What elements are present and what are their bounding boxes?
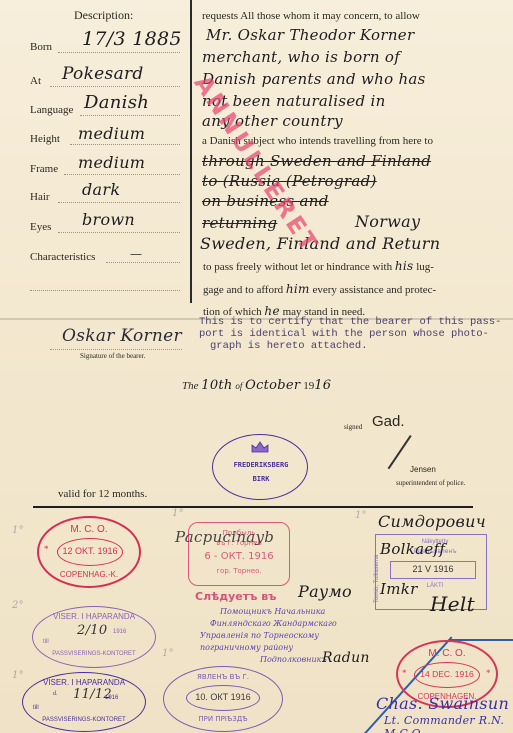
haparanda-2-d: d. [53,691,58,697]
mco-1-top: M. C. O. [39,524,139,535]
mco-stamp-1: M. C. O. 12 OKT. 1916 * COPENHAG.-K. [37,516,141,588]
field-born-value: 17/3 1885 [82,28,182,50]
mco-1-bottom: COPENHAG.-K. [39,570,139,579]
field-line [80,115,180,116]
field-line [50,86,180,87]
field-line [64,174,180,175]
field-frame-value: medium [78,153,145,172]
crown-icon [250,440,270,454]
pronoun-his: his [395,259,414,273]
russian-follows-destination: Раумо [298,582,352,601]
pass-text-4: every assistance and protec- [313,284,437,296]
frederiksberg-line-2: BIRK [213,475,309,483]
bearer-line-1: Mr. Oskar Theodor Korner [206,26,414,44]
request-text: requests All those whom it may concern, … [202,10,420,22]
officer-slash [388,435,412,469]
field-line [58,52,180,53]
margin-note: 1° [162,648,174,659]
russian-oval-bottom: ПРИ ПРІѢЗДѢ [164,715,282,723]
field-hair-label: Hair [30,191,50,203]
bearer-line-3: Danish parents and who has [202,70,426,88]
russian-oval-top: ЯВЛЕНЪ ВЪ Г. [164,673,282,681]
certify-line-1: This is to certify that the bearer of th… [199,316,501,328]
route-added-1: Norway [355,212,420,231]
column-divider [190,0,192,303]
field-characteristics-label: Characteristics [30,251,95,263]
field-eyes-label: Eyes [30,221,51,233]
haparanda-2-top: VISER. I HAPARANDA [23,678,145,687]
russian-follows-text: Слѣдуетъ въ [195,590,276,603]
field-at-value: Pokesard [62,64,144,84]
russian-oval-inner: 10. ОКТ 1916 [186,685,260,711]
star-icon: * [486,668,491,678]
route-struck-2: to (Russia (Petrograd) [202,172,377,190]
certify-line-2: port is identical with the person whose … [199,328,489,340]
frederiksberg-stamp: FREDERIKSBERG BIRK [212,434,308,500]
margin-note: 1° [355,510,367,521]
russian-officer-line: Подполковникъ [200,654,337,666]
route-struck-4: returning [202,214,277,232]
pass-text-2: lug- [416,261,434,273]
russian-officer-line: Управленія по Торнеоскому [200,630,337,642]
description-heading: Description: [74,8,133,23]
certify-line-3: graph is hereto attached. [210,340,368,352]
haparanda-2-bottom: PASSVISERINGS-KONTORET [23,717,145,723]
field-height-label: Height [30,133,60,145]
field-language-label: Language [30,104,73,116]
haparanda-2-till: till [33,705,39,711]
margin-note: 1° [12,525,24,536]
haparanda-stamp-2: VISER. I HAPARANDA d. 11/12 1916 till PA… [22,672,146,732]
handwritten-overlay: Pacpucinayb [175,528,274,546]
field-line [106,262,180,263]
haparanda-1-bottom: PASSVISERINGS-KONTORET [33,651,155,657]
haparanda-stamp-1: VISER. I HAPARANDA 2/10 1916 till PASSVI… [32,606,156,668]
star-icon: * [44,544,49,554]
field-line [30,290,180,291]
signature-blue-2: Lt. Commander R.N. M.C.O. [384,714,513,733]
field-line [70,144,180,145]
field-hair-value: dark [82,180,120,199]
margin-note: 1° [172,508,184,519]
field-language-value: Danish [84,92,149,113]
date-of: of [235,381,242,391]
pass-text-1: to pass freely without let or hindrance … [203,261,392,273]
haparanda-2-year: 1916 [105,695,118,701]
signature-mid: Radun [322,650,370,666]
frederiksberg-line-1: FREDERIKSBERG [213,461,309,469]
passport-page: Description: Born 17/3 1885 At Pokesard … [0,0,513,733]
signature-right-4: Helt [430,592,475,616]
field-line [58,232,180,233]
signature-label: Signature of the bearer. [80,352,145,360]
finnish-date-box: 21 V 1916 [390,561,476,579]
russian-arrival-line-4: гор. Торнео. [189,567,289,575]
mco-2-date: 14 DEC. 1916 [415,669,479,679]
haparanda-1-day: 2/10 [77,623,107,638]
russian-oval-date: 10. ОКТ 1916 [187,692,259,702]
field-characteristics-value: — [130,247,142,261]
visa-section-divider [33,506,473,508]
mco-2-top: M. C. O. [398,648,496,659]
date-day: 10th [201,378,232,393]
haparanda-1-till: till [43,639,49,645]
field-height-value: medium [78,124,145,143]
signed-label: signed [344,423,362,431]
russian-officer-line: пограничному району [200,642,337,654]
field-eyes-value: brown [82,210,135,229]
star-icon: * [402,668,407,678]
signature-right-2: Bolkaeff [380,540,445,558]
officer-name: Jensen [410,465,436,474]
date-prefix: The [182,380,199,392]
finnish-date: 21 V 1916 [391,564,475,574]
date-month: October [245,378,300,393]
field-at-label: At [30,75,41,87]
date-year-prefix: 19 [303,380,314,392]
haparanda-1-year: 1916 [113,629,126,635]
pass-text-3: gage and to afford [203,284,283,296]
date-year-suffix: 16 [314,378,331,393]
bearer-signature: Oskar Korner [62,326,182,346]
pass-line-1: to pass freely without let or hindrance … [203,259,434,273]
bearer-line-2: merchant, who is born of [202,48,400,66]
russian-officer-block: Помощникъ Начальника Финляндскаго Жандар… [200,606,337,666]
margin-note: 2° [12,600,24,611]
mco-1-date: 12 OKT. 1916 [58,546,122,556]
field-born-label: Born [30,41,52,53]
officer-title: superintendent of police. [396,479,465,487]
russian-oval-stamp: ЯВЛЕНЪ ВЪ Г. 10. ОКТ 1916 ПРИ ПРІѢЗДѢ [163,666,283,732]
mco-2-inner: 14 DEC. 1916 [414,662,480,688]
russian-officer-line: Финляндскаго Жандармскаго [200,618,337,630]
pronoun-him: him [286,282,310,296]
signature-line [50,349,182,350]
validity-text: valid for 12 months. [58,488,147,500]
field-line [58,202,180,203]
haparanda-1-top: VISER. I HAPARANDA [33,612,155,621]
issue-date: The 10th of October 1916 [182,378,331,393]
signature-blue-1: Chas. Swainsun [376,694,509,713]
russian-arrival-date: 6 - ОКТ. 1916 [189,551,289,562]
signed-name: Gad. [372,413,405,430]
russian-officer-line: Помощникъ Начальника [200,606,337,618]
mco-1-inner: 12 OKT. 1916 [57,538,123,566]
field-frame-label: Frame [30,163,58,175]
signature-right-1: Симдорович [378,512,486,531]
pass-line-2: gage and to afford him every assistance … [203,282,436,296]
signature-right-3: Imkr [380,580,418,598]
